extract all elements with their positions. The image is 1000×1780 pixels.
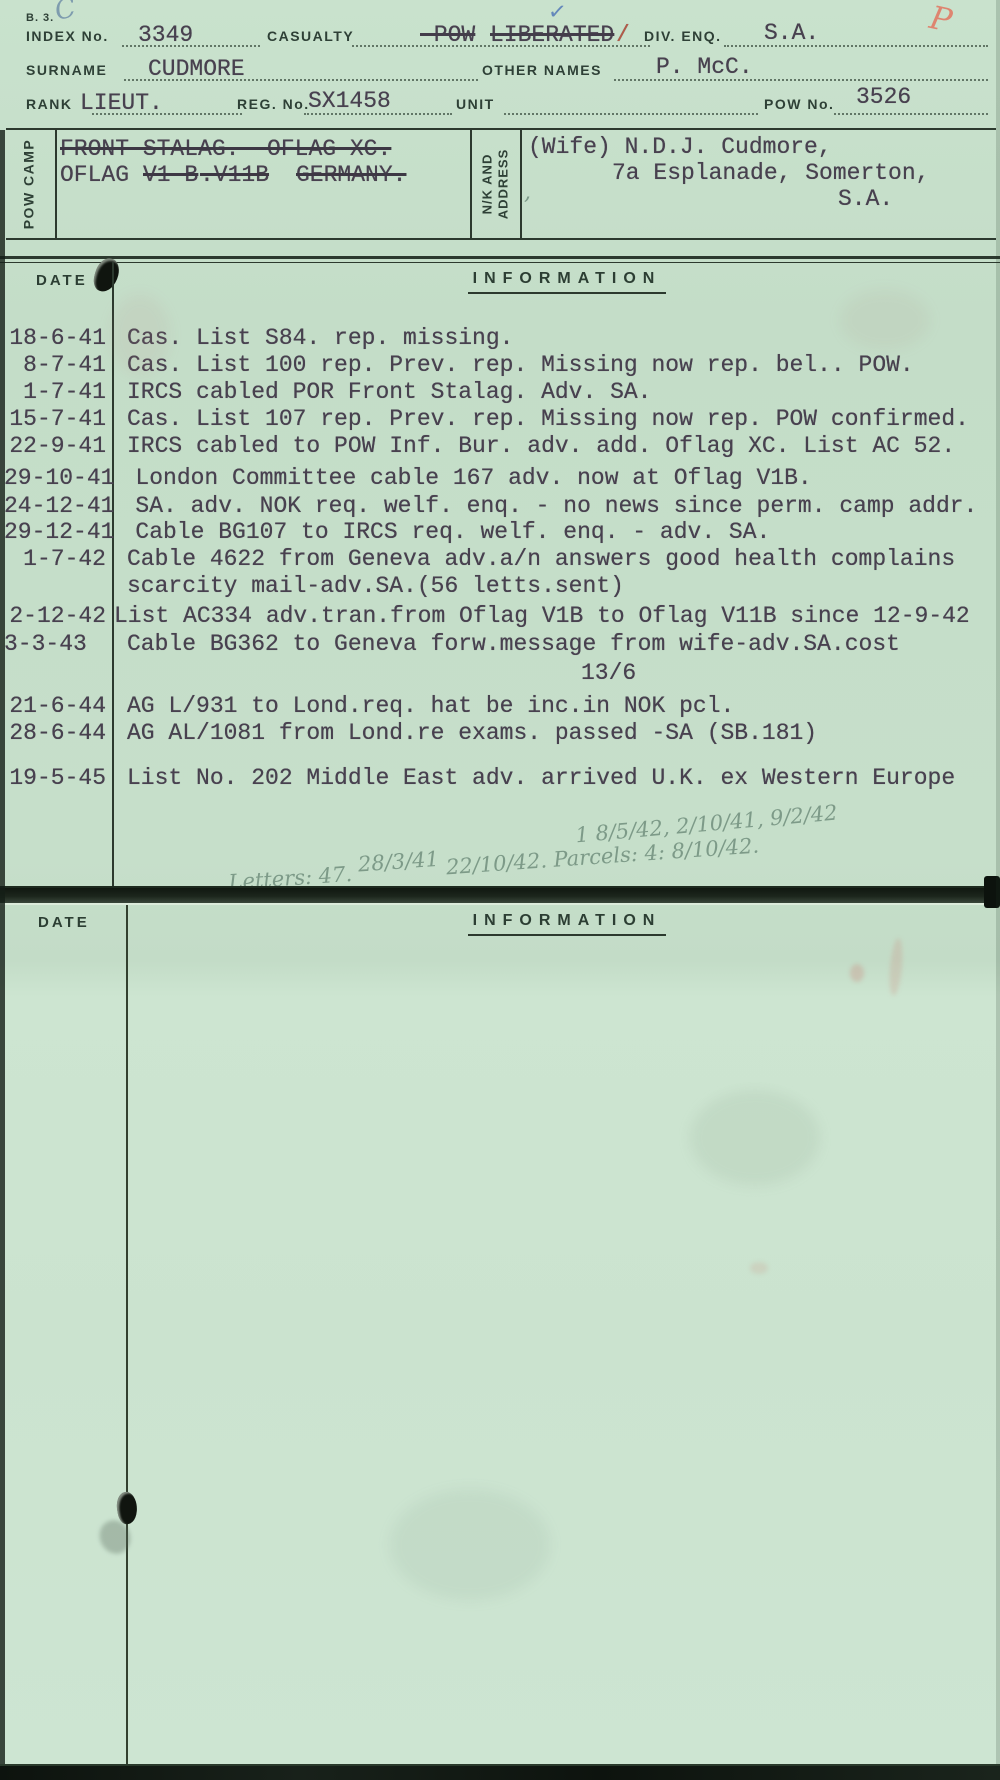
row-date: 15-7-41 <box>4 406 106 432</box>
table-row: 15-7-41Cas. List 107 rep. Prev. rep. Mis… <box>4 406 992 432</box>
table-row: scarcity mail-adv.SA.(56 letts.sent) <box>4 573 992 599</box>
pencil-note-left-part2: 28/3/41 <box>357 847 439 877</box>
row-date <box>4 573 106 599</box>
pencil-letter-c: C <box>52 0 79 27</box>
index-value: 3349 <box>138 22 193 48</box>
camp-line-2-struck-1: V1-B <box>143 162 198 188</box>
camp-line-2-struck-3: GERMANY. <box>296 162 406 188</box>
reg-value: SX1458 <box>308 88 391 114</box>
row-text: Cable 4622 from Geneva adv.a/n answers g… <box>127 546 955 572</box>
nk-address-side-label: N/K AND ADDRESS <box>479 149 511 220</box>
scan-left-edge <box>0 130 5 1780</box>
table-top-rule-thick <box>0 256 1000 259</box>
table-row: 28-6-44AG AL/1081 from Lond.re exams. pa… <box>4 720 992 746</box>
row-date: 22-9-41 <box>4 433 106 459</box>
scan-right-edge <box>996 0 1000 1780</box>
table-row: 1-7-42Cable 4622 from Geneva adv.a/n ans… <box>4 546 992 572</box>
table-row: 3-3-43Cable BG362 to Geneva forw.message… <box>4 631 992 657</box>
row-text: London Committee cable 167 adv. now at O… <box>135 465 811 491</box>
row-text: AG AL/1081 from Lond.re exams. passed -S… <box>127 720 817 746</box>
row-text: Cable BG362 to Geneva forw.message from … <box>127 631 900 657</box>
row-text: Cas. List 100 rep. Prev. rep. Missing no… <box>127 352 914 378</box>
camp-box-bottom-line <box>6 238 996 240</box>
row-text: Cable BG107 to IRCS req. welf. enq. - ad… <box>135 519 770 545</box>
table-row: 13/6 <box>4 660 992 686</box>
unit-dotted-line <box>504 113 758 115</box>
div-enq-value: S.A. <box>764 20 819 46</box>
table-row: 21-6-44AG L/931 to Lond.req. hat be inc.… <box>4 693 992 719</box>
surname-label: SURNAME <box>26 62 107 78</box>
camp-line-2-plain: OFLAG <box>60 162 143 188</box>
div-enq-label: DIV. ENQ. <box>644 28 722 44</box>
pow-no-dotted-line <box>834 113 988 115</box>
other-names-value: P. McC. <box>656 54 753 80</box>
table-row: 2-12-42List AC334 adv.tran.from Oflag V1… <box>4 603 992 629</box>
row-date <box>4 660 106 686</box>
surname-value: CUDMORE <box>148 56 245 82</box>
casualty-value: LIBERATED <box>490 22 614 48</box>
red-smudge-2 <box>850 964 864 982</box>
row-text: 13/6 <box>581 660 636 686</box>
address-line-1: (Wife) N.D.J. Cudmore, <box>528 134 832 160</box>
nk-address-side-label-wrap: N/K AND ADDRESS <box>470 130 520 238</box>
paper-stain <box>840 290 930 350</box>
card2-top-edge-highlight <box>0 903 1000 905</box>
red-smudge-1 <box>887 938 904 997</box>
row-text: Cas. List S84. rep. missing. <box>127 325 513 351</box>
pow-no-value: 3526 <box>856 84 911 110</box>
table-row: 24-12-41SA. adv. NOK req. welf. enq. - n… <box>4 493 992 519</box>
unit-label: UNIT <box>456 96 495 112</box>
table-row: 29-10-41London Committee cable 167 adv. … <box>4 465 992 491</box>
camp-divider-3 <box>520 128 522 240</box>
casualty-struck-pow: -POW <box>420 22 475 48</box>
nk-label-line2: ADDRESS <box>495 149 511 220</box>
table-row: 1-7-41IRCS cabled POR Front Stalag. Adv.… <box>4 379 992 405</box>
rank-value: LIEUT. <box>80 90 163 116</box>
other-names-label: OTHER NAMES <box>482 62 602 78</box>
nk-label-line1: N/K AND <box>479 149 495 220</box>
row-text: SA. adv. NOK req. welf. enq. - no news s… <box>135 493 977 519</box>
row-date: 29-12-41 <box>4 519 114 545</box>
information-header-underline <box>468 292 666 294</box>
red-smudge-3 <box>750 1262 768 1274</box>
row-date: 29-10-41 <box>4 465 114 491</box>
pow-camp-side-label-wrap: POW CAMP <box>2 130 54 238</box>
row-text: List AC334 adv.tran.from Oflag V1B to Of… <box>114 603 970 629</box>
red-letter-p: P <box>926 0 955 40</box>
index-label: INDEX No. <box>26 28 109 44</box>
address-line-2: 7a Esplanade, Somerton, <box>612 160 929 186</box>
bottom-edge-shadow <box>0 1766 1000 1780</box>
pencil-mark-address: , <box>524 180 531 205</box>
form-code: B. 3. <box>26 12 54 24</box>
card-gap-shadow <box>0 888 1000 903</box>
table-top-rule-thin <box>0 262 1000 263</box>
row-date: 18-6-41 <box>4 325 106 351</box>
table-row: 22-9-41IRCS cabled to POW Inf. Bur. adv.… <box>4 433 992 459</box>
row-text: IRCS cabled POR Front Stalag. Adv. SA. <box>127 379 652 405</box>
row-date: 3-3-43 <box>4 631 106 657</box>
camp-line-1: FRONT-STALAG. OFLAG-XC. <box>60 136 391 162</box>
casualty-red-slash: / <box>616 22 630 48</box>
paper-stain <box>110 295 170 375</box>
date-column-divider-card2 <box>126 905 128 1780</box>
rank-label: RANK <box>26 96 72 112</box>
row-text: IRCS cabled to POW Inf. Bur. adv. add. O… <box>127 433 955 459</box>
address-line-3: S.A. <box>838 186 893 212</box>
pow-camp-side-label: POW CAMP <box>20 139 36 230</box>
information-column-header: INFORMATION <box>402 270 732 288</box>
row-date: 8-7-41 <box>4 352 106 378</box>
table-row: 29-12-41Cable BG107 to IRCS req. welf. e… <box>4 519 992 545</box>
row-text: AG L/931 to Lond.req. hat be inc.in NOK … <box>127 693 734 719</box>
row-date: 19-5-45 <box>4 765 106 791</box>
row-text: List No. 202 Middle East adv. arrived U.… <box>127 765 955 791</box>
information-column-header-card2: INFORMATION <box>402 912 732 930</box>
camp-divider-1 <box>55 128 57 240</box>
row-text: scarcity mail-adv.SA.(56 letts.sent) <box>127 573 624 599</box>
blue-check-mark: ✓ <box>547 0 568 26</box>
camp-line-2-struck-2: .V11B <box>200 162 269 188</box>
row-date: 1-7-42 <box>4 546 106 572</box>
information-header-underline-card2 <box>468 934 666 936</box>
table-row: 19-5-45List No. 202 Middle East adv. arr… <box>4 765 992 791</box>
row-date: 28-6-44 <box>4 720 106 746</box>
paper-stain <box>390 1490 550 1600</box>
pow-record-card-scan: B. 3. C INDEX No. 3349 CASUALTY -POW LIB… <box>0 0 1000 1780</box>
reg-label: REG. No. <box>237 96 310 112</box>
row-date: 24-12-41 <box>4 493 114 519</box>
paper-stain <box>690 1090 820 1185</box>
row-date: 1-7-41 <box>4 379 106 405</box>
casualty-label: CASUALTY <box>267 28 354 44</box>
row-text: Cas. List 107 rep. Prev. rep. Missing no… <box>127 406 969 432</box>
date-column-header: DATE <box>36 272 88 289</box>
row-date: 2-12-42 <box>4 603 106 629</box>
row-date: 21-6-44 <box>4 693 106 719</box>
pow-no-label: POW No. <box>764 96 834 112</box>
date-column-header-card2: DATE <box>38 914 90 931</box>
